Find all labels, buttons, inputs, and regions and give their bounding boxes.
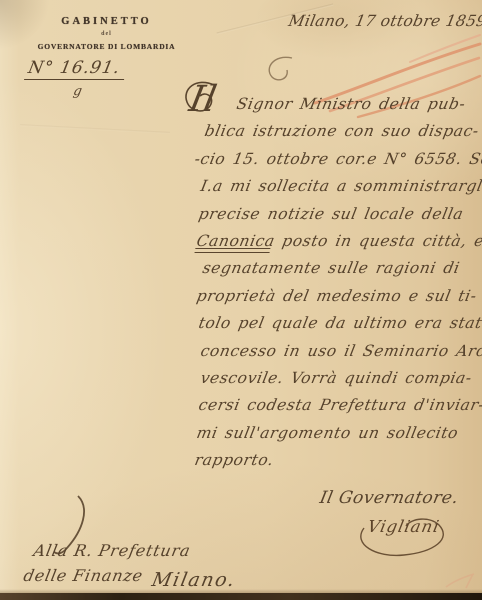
document-number-annotation: g xyxy=(72,84,83,99)
ink-curl-mark xyxy=(262,54,300,90)
letter-body: Il Signor Ministro della pub- blica istr… xyxy=(188,91,478,474)
body-line: Signor Ministro della pub- xyxy=(188,91,482,118)
body-line: precise notizie sul locale della xyxy=(188,201,482,228)
signature: Vigliani xyxy=(366,517,441,536)
body-line: rapporto. xyxy=(188,447,482,474)
body-line: concesso in uso il Seminario Arci- xyxy=(188,338,482,365)
body-line-rest: posto in questa città, e xyxy=(273,232,482,250)
letterhead-authority: GOVERNATORE DI LOMBARDIA xyxy=(24,42,189,51)
address-city: Milano. xyxy=(150,569,238,591)
body-line: cersi codesta Prefettura d'inviar- xyxy=(188,392,482,419)
address-line-1: Alla R. Prefettura xyxy=(32,541,192,560)
dateline: Milano, 17 ottobre 1859. xyxy=(287,12,482,30)
scanned-letter-page: GABINETTO del GOVERNATORE DI LOMBARDIA N… xyxy=(0,0,482,600)
body-line: -cio 15. ottobre cor.e N° 6558. Sez. xyxy=(188,146,482,173)
address-line-2: delle Finanze xyxy=(22,566,145,585)
body-line: segnatamente sulle ragioni di xyxy=(188,255,482,282)
underlined-word: Canonica xyxy=(195,232,277,250)
letterhead-office: GABINETTO xyxy=(24,16,189,27)
letterhead-del: del xyxy=(24,31,189,37)
closing-role: Il Governatore. xyxy=(318,488,460,508)
body-line: vescovile. Vorrà quindi compia- xyxy=(188,365,482,392)
body-line: I.a mi sollecita a somministrargli xyxy=(188,173,482,200)
paper-crease xyxy=(20,124,170,134)
letterhead: GABINETTO del GOVERNATORE DI LOMBARDIA xyxy=(24,16,189,51)
body-line: blica istruzione con suo dispac- xyxy=(188,118,482,145)
document-number: N° 16.91. xyxy=(24,58,128,80)
faint-pencil-mark xyxy=(444,572,476,590)
body-line: mi sull'argomento un sollecito xyxy=(188,420,482,447)
body-line: tolo pel quale da ultimo era stato xyxy=(188,310,482,337)
body-line: proprietà del medesimo e sul ti- xyxy=(188,283,482,310)
bottom-scan-edge xyxy=(0,593,482,600)
body-line: Canonica posto in questa città, e xyxy=(188,228,482,255)
